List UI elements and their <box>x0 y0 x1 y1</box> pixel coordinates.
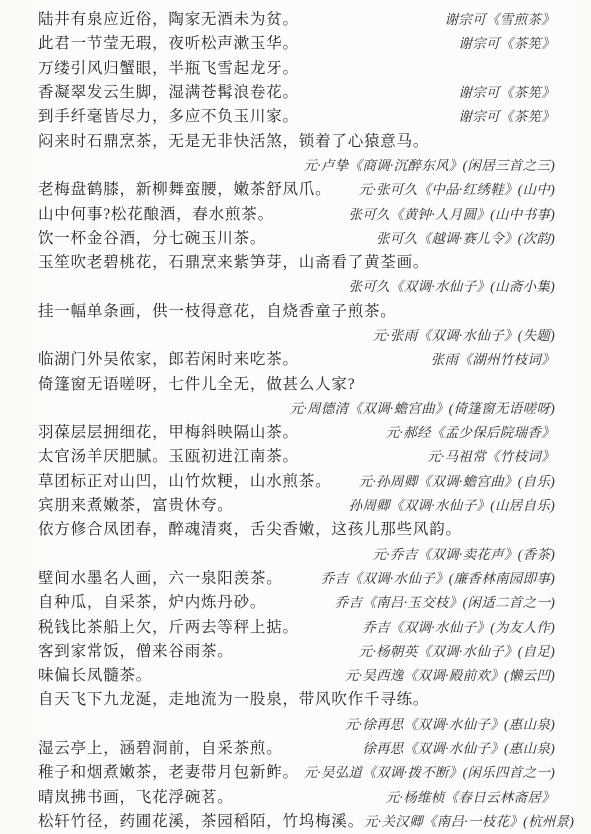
poem-line-row: 元·周德清《双调·蟾宫曲》(倚篷窗无语嗟呀) <box>38 395 555 419</box>
poem-quote-text: 羽葆层层拥细花，甲梅斜映隔山茶。 <box>38 420 299 442</box>
poem-quote-text: 万缕引风归蟹眼，半瓶飞雪起龙牙。 <box>38 56 299 78</box>
poem-quote-text: 倚篷窗无语嗟呀，七件儿全无，做甚么人家? <box>38 372 355 394</box>
poem-line-row: 山中何事?松花酿酒，春水煎茶。张可久《黄钟·人月圆》(山中书事) <box>38 200 555 224</box>
poem-line-row: 依方修合凤团春，醉魂清爽，舌尖香嫩，这孩儿那些风韵。 <box>38 516 555 540</box>
poem-line-row: 晴岚拂书画，飞花浮碗茗。元·杨维桢《春日云林斋居》 <box>38 784 555 808</box>
poem-quote-text: 税钱比茶船上欠，斤两去等秤上掂。 <box>38 615 299 637</box>
poem-quote-text: 陆井有泉应近俗，陶家无酒未为贫。 <box>38 7 299 29</box>
poem-line-row: 此君一节莹无瑕，夜听松声漱玉华。谢宗可《茶筅》 <box>38 30 555 54</box>
poem-attribution-text: 元·徐再思《双调·水仙子》(惠山泉) <box>345 713 555 733</box>
poem-quote-text: 壁间水墨名人画，六一泉阳羡茶。 <box>38 566 283 588</box>
poem-quote-text: 晴岚拂书画，飞花浮碗茗。 <box>38 785 234 807</box>
poem-quote-text: 香凝翠发云生脚，湿满苍髯浪卷花。 <box>38 80 299 102</box>
poem-line-row: 元·徐再思《双调·水仙子》(惠山泉) <box>38 711 555 735</box>
poem-quote-text: 松轩竹径，药圃花溪，茶园稻陌，竹坞梅溪。 <box>38 809 364 831</box>
poem-attribution-text: 张可久《双调·水仙子》(山斋小集) <box>349 275 555 295</box>
poem-attribution-text: 张雨《湖州竹枝词》 <box>431 348 555 368</box>
poem-quote-text: 宾朋来煮嫩茶，富贵休夸。 <box>38 493 234 515</box>
poem-attribution-text: 谢宗可《茶筅》 <box>458 105 555 125</box>
poem-attribution-text: 乔吉《南吕·玉交枝》(闲适二首之一) <box>335 591 555 611</box>
tea-poetry-quote-list: 陆井有泉应近俗，陶家无酒未为贫。谢宗可《雪煎茶》此君一节莹无瑕，夜听松声漱玉华。… <box>38 6 555 832</box>
poem-line-row: 元·卢挚《商调·沉醉东风》(闲居三首之三) <box>38 152 555 176</box>
poem-attribution-text: 元·周德清《双调·蟾宫曲》(倚篷窗无语嗟呀) <box>290 397 555 417</box>
poem-attribution-text: 徐再思《双调·水仙子》(惠山泉) <box>362 737 555 757</box>
poem-attribution-text: 元·关汉卿《南吕·一枝花》(杭州景) <box>364 810 574 830</box>
poem-quote-text: 山中何事?松花酿酒，春水煎茶。 <box>38 202 274 224</box>
poem-line-row: 稚子和烟煮嫩茶，老妻带月包新鲊。元·吴弘道《双调·拨不断》(闲乐四首之一) <box>38 759 555 783</box>
poem-line-row: 草团标正对山凹，山竹炊粳，山水煎茶。元·孙周卿《双调·蟾宫曲》(自乐) <box>38 468 555 492</box>
poem-attribution-text: 元·吴西逸《双调·殿前欢》(懒云凹) <box>345 664 555 684</box>
poem-quote-text: 闷来时石鼎烹茶，无是无非快活煞，锁着了心猿意马。 <box>38 129 429 151</box>
poem-line-row: 松轩竹径，药圃花溪，茶园稻陌，竹坞梅溪。元·关汉卿《南吕·一枝花》(杭州景) <box>38 808 555 832</box>
poem-attribution-text: 元·孙周卿《双调·蟾宫曲》(自乐) <box>359 470 555 490</box>
poem-line-row: 倚篷窗无语嗟呀，七件儿全无，做甚么人家? <box>38 370 555 394</box>
poem-quote-text: 依方修合凤团春，醉魂清爽，舌尖香嫩，这孩儿那些风韵。 <box>38 517 462 539</box>
poem-attribution-text: 谢宗可《雪煎茶》 <box>445 8 555 28</box>
poem-line-row: 万缕引风归蟹眼，半瓶飞雪起龙牙。 <box>38 55 555 79</box>
poem-line-row: 宾朋来煮嫩茶，富贵休夸。孙周卿《双调·水仙子》(山居自乐) <box>38 492 555 516</box>
poem-quote-text: 自种瓜，自采茶，炉内炼丹砂。 <box>38 590 266 612</box>
poem-attribution-text: 谢宗可《茶筅》 <box>458 81 555 101</box>
poem-quote-text: 稚子和烟煮嫩茶，老妻带月包新鲊。 <box>38 760 299 782</box>
poem-line-row: 张可久《双调·水仙子》(山斋小集) <box>38 273 555 297</box>
poem-line-row: 玉笙吹老碧桃花，石鼎烹来紫笋芽，山斋看了黄荃画。 <box>38 249 555 273</box>
poem-line-row: 羽葆层层拥细花，甲梅斜映隔山茶。元·郝经《孟少保后院瑞香》 <box>38 419 555 443</box>
poem-line-row: 陆井有泉应近俗，陶家无酒未为贫。谢宗可《雪煎茶》 <box>38 6 555 30</box>
poem-attribution-text: 元·杨维桢《春日云林斋居》 <box>386 786 555 806</box>
poem-line-row: 香凝翠发云生脚，湿满苍髯浪卷花。谢宗可《茶筅》 <box>38 79 555 103</box>
scanned-book-page: 陆井有泉应近俗，陶家无酒未为贫。谢宗可《雪煎茶》此君一节莹无瑕，夜听松声漱玉华。… <box>0 0 591 834</box>
poem-quote-text: 此君一节莹无瑕，夜听松声漱玉华。 <box>38 31 299 53</box>
poem-quote-text: 味偏长凤髓茶。 <box>38 663 152 685</box>
poem-quote-text: 客到家常饭，僧来谷雨茶。 <box>38 639 234 661</box>
poem-attribution-text: 谢宗可《茶筅》 <box>458 32 555 52</box>
poem-line-row: 临湖门外吴侬家，郎若闲时来吃茶。张雨《湖州竹枝词》 <box>38 346 555 370</box>
poem-attribution-text: 元·吴弘道《双调·拨不断》(闲乐四首之一) <box>303 761 555 781</box>
poem-quote-text: 老梅盘鹤膝，新柳舞蛮腰，嫩茶舒凤爪。 <box>38 177 331 199</box>
poem-line-row: 自种瓜，自采茶，炉内炼丹砂。乔吉《南吕·玉交枝》(闲适二首之一) <box>38 589 555 613</box>
poem-quote-text: 饮一杯金谷酒，分七碗玉川茶。 <box>38 226 266 248</box>
poem-attribution-text: 元·杨朝英《双调·水仙子》(自足) <box>359 640 555 660</box>
poem-line-row: 到手纤毫皆尽力，多应不负玉川家。谢宗可《茶筅》 <box>38 103 555 127</box>
poem-attribution-text: 孙周卿《双调·水仙子》(山居自乐) <box>349 494 555 514</box>
poem-line-row: 税钱比茶船上欠，斤两去等秤上掂。乔吉《双调·水仙子》(为友人作) <box>38 613 555 637</box>
poem-quote-text: 湿云亭上，涵碧洞前，自采茶煎。 <box>38 736 283 758</box>
poem-line-row: 味偏长凤髓茶。元·吴西逸《双调·殿前欢》(懒云凹) <box>38 662 555 686</box>
poem-attribution-text: 乔吉《双调·水仙子》(为友人作) <box>362 616 555 636</box>
poem-attribution-text: 乔吉《双调·水仙子》(廉香林南园即事) <box>321 567 555 587</box>
poem-quote-text: 太官汤羊厌肥腻。玉瓯初进江南茶。 <box>38 444 299 466</box>
poem-quote-text: 到手纤毫皆尽力，多应不负玉川家。 <box>38 104 299 126</box>
poem-attribution-text: 元·乔吉《双调·卖花声》(香茶) <box>372 543 555 563</box>
poem-line-row: 太官汤羊厌肥腻。玉瓯初进江南茶。元·马祖常《竹枝词》 <box>38 443 555 467</box>
poem-attribution-text: 元·马祖常《竹枝词》 <box>427 445 555 465</box>
poem-attribution-text: 元·张可久《中品·红绣鞋》(山中) <box>359 178 555 198</box>
poem-line-row: 元·张雨《双调·水仙子》(失题) <box>38 322 555 346</box>
poem-line-row: 壁间水墨名人画，六一泉阳羡茶。乔吉《双调·水仙子》(廉香林南园即事) <box>38 565 555 589</box>
poem-line-row: 自天飞下九龙涎，走地流为一股泉，带风吹作千寻练。 <box>38 686 555 710</box>
poem-line-row: 客到家常饭，僧来谷雨茶。元·杨朝英《双调·水仙子》(自足) <box>38 638 555 662</box>
poem-line-row: 闷来时石鼎烹茶，无是无非快活煞，锁着了心猿意马。 <box>38 127 555 151</box>
poem-quote-text: 自天飞下九龙涎，走地流为一股泉，带风吹作千寻练。 <box>38 687 429 709</box>
poem-line-row: 饮一杯金谷酒，分七碗玉川茶。张可久《越调·赛儿令》(次韵) <box>38 225 555 249</box>
poem-attribution-text: 张可久《黄钟·人月圆》(山中书事) <box>349 203 555 223</box>
poem-attribution-text: 元·张雨《双调·水仙子》(失题) <box>372 324 555 344</box>
poem-line-row: 老梅盘鹤膝，新柳舞蛮腰，嫩茶舒凤爪。元·张可久《中品·红绣鞋》(山中) <box>38 176 555 200</box>
poem-quote-text: 草团标正对山凹，山竹炊粳，山水煎茶。 <box>38 469 331 491</box>
poem-quote-text: 挂一幅单条画，供一枝得意花，自烧香童子煎茶。 <box>38 299 397 321</box>
poem-attribution-text: 元·卢挚《商调·沉醉东风》(闲居三首之三) <box>303 154 555 174</box>
poem-attribution-text: 元·郝经《孟少保后院瑞香》 <box>386 421 555 441</box>
poem-line-row: 挂一幅单条画，供一枝得意花，自烧香童子煎茶。 <box>38 298 555 322</box>
poem-line-row: 湿云亭上，涵碧洞前，自采茶煎。徐再思《双调·水仙子》(惠山泉) <box>38 735 555 759</box>
poem-quote-text: 玉笙吹老碧桃花，石鼎烹来紫笋芽，山斋看了黄荃画。 <box>38 250 429 272</box>
poem-quote-text: 临湖门外吴侬家，郎若闲时来吃茶。 <box>38 347 299 369</box>
poem-line-row: 元·乔吉《双调·卖花声》(香茶) <box>38 541 555 565</box>
poem-attribution-text: 张可久《越调·赛儿令》(次韵) <box>376 227 555 247</box>
